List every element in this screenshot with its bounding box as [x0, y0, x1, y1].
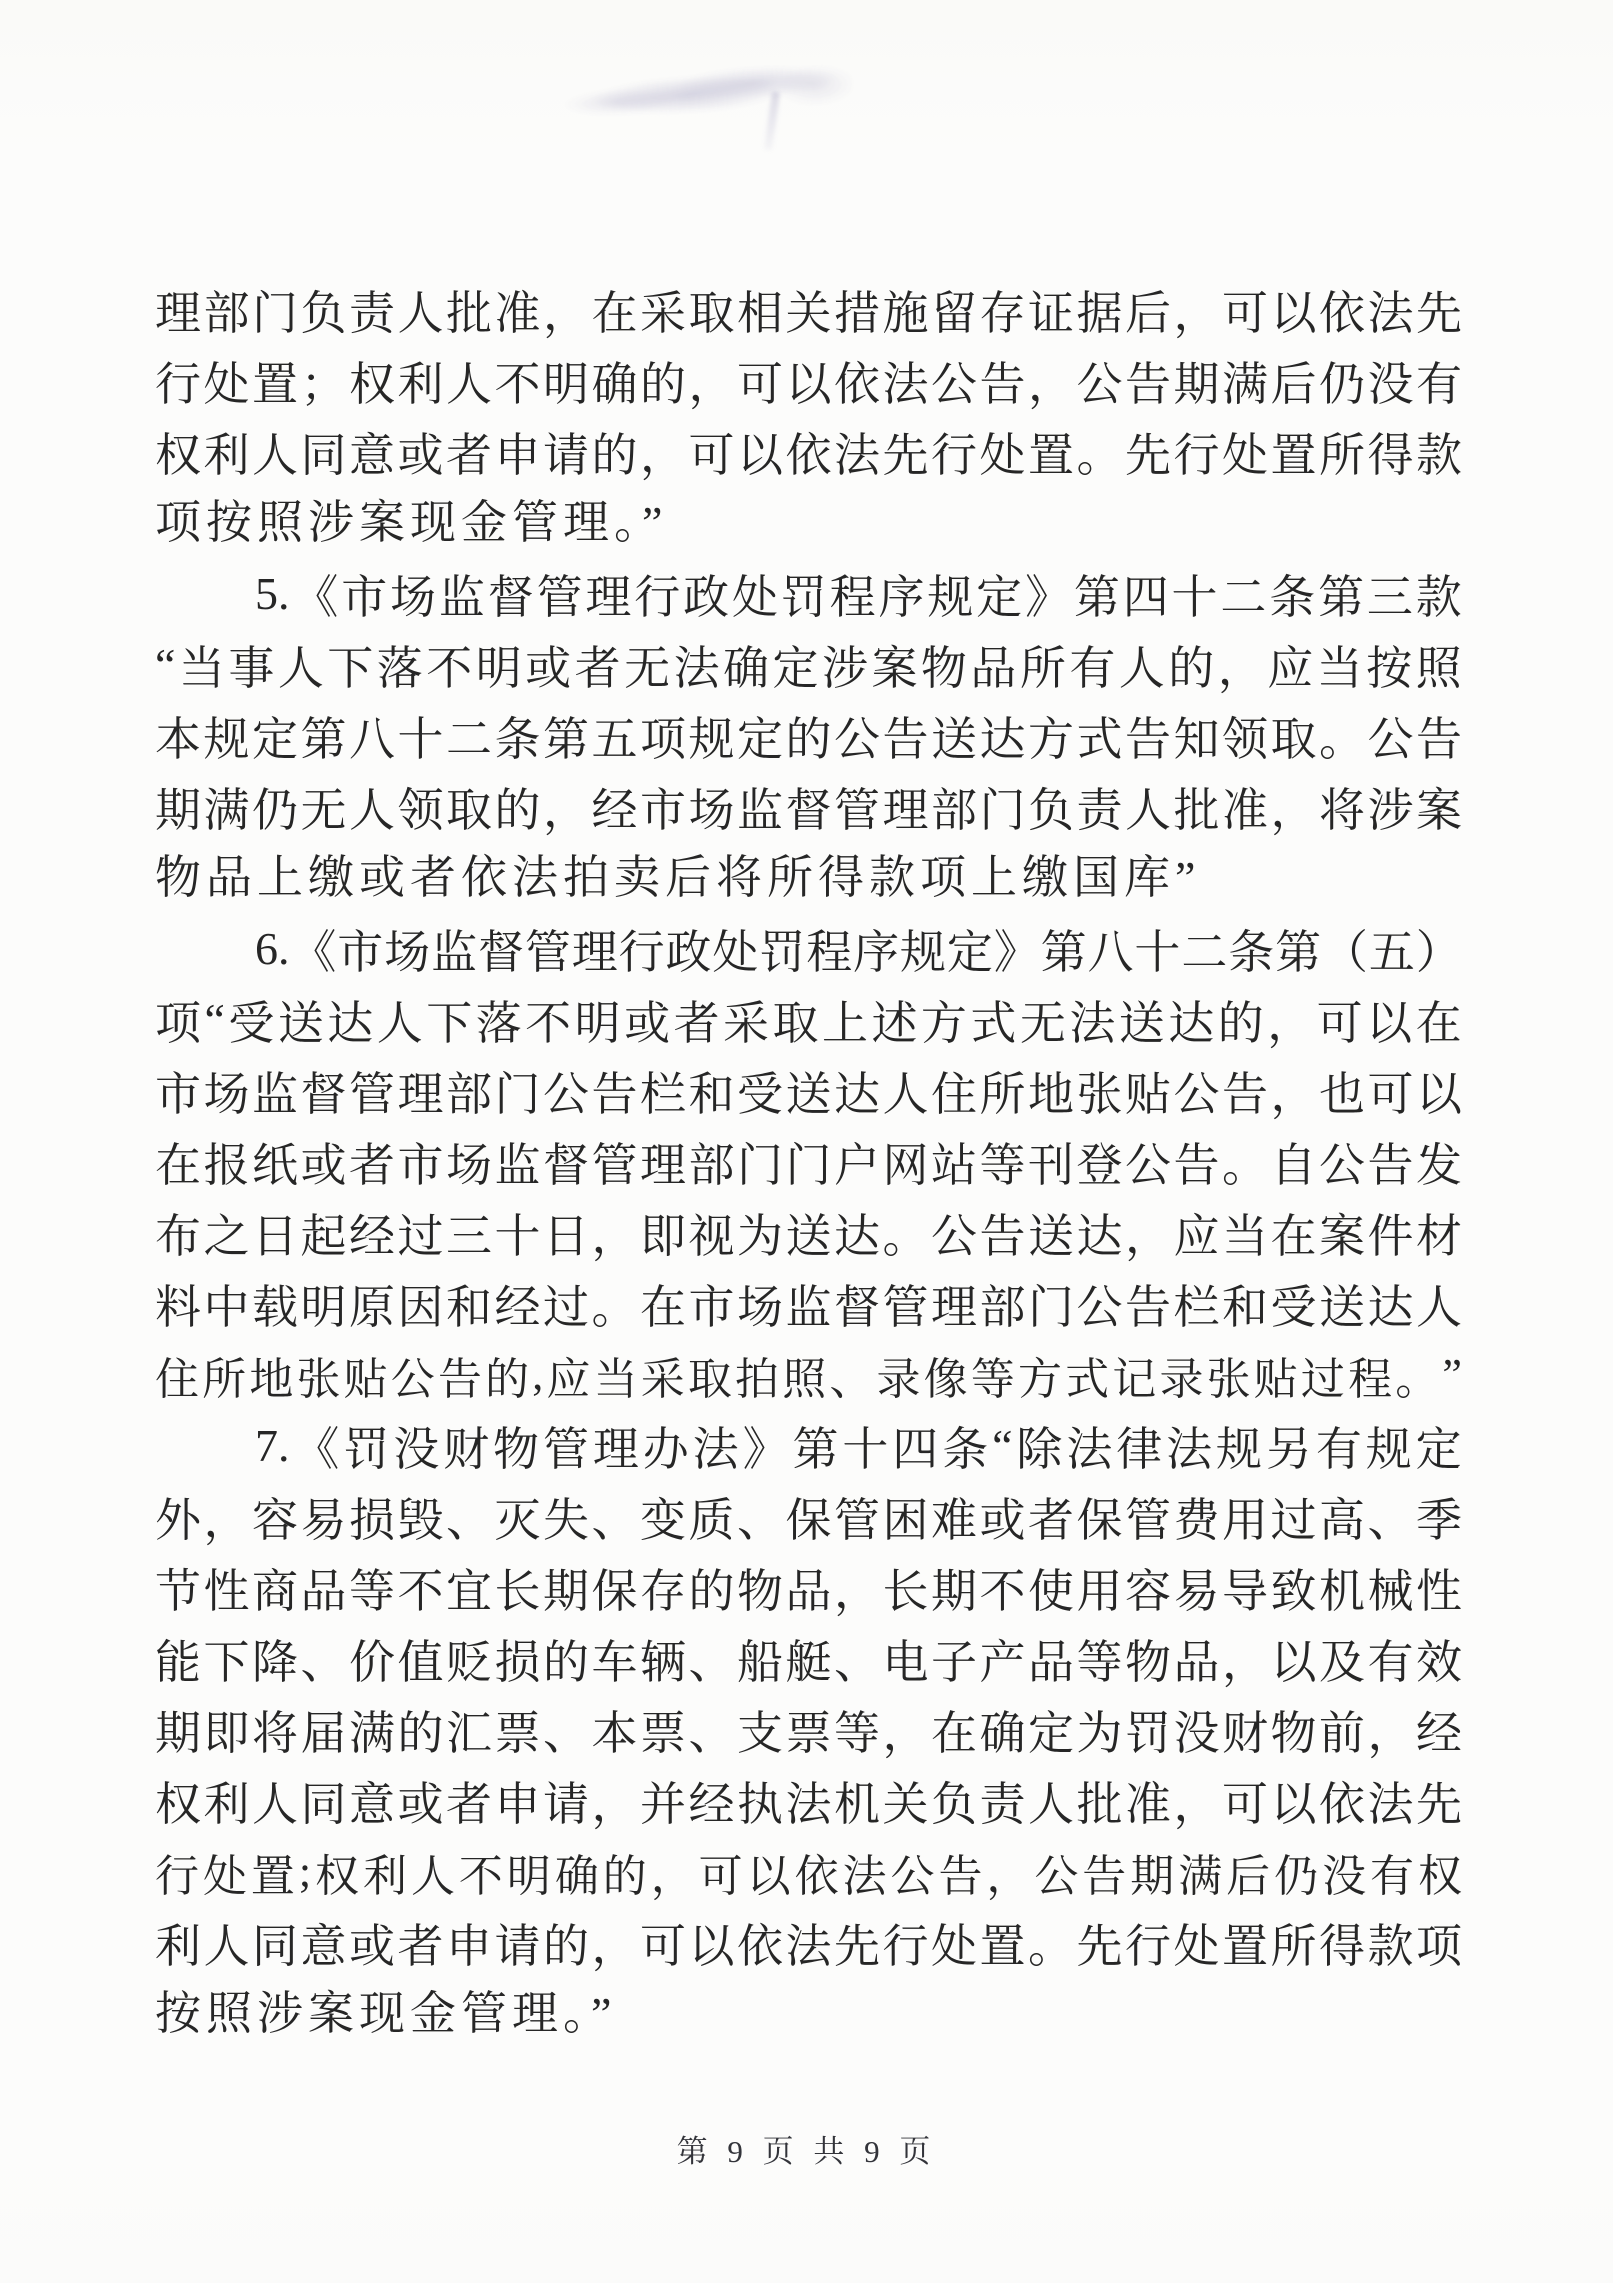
text-line: 本规定第八十二条第五项规定的公告送达方式告知领取。公告 — [155, 700, 1462, 771]
text-line: 权利人同意或者申请，并经执法机关负责人批准，可以依法先 — [155, 1765, 1462, 1836]
text-line: 料中载明原因和经过。在市场监督管理部门公告栏和受送达人 — [155, 1268, 1462, 1339]
scan-smudge-tail-artifact — [764, 92, 780, 151]
text-line: 市场监督管理部门公告栏和受送达人住所地张贴公告，也可以 — [155, 1055, 1462, 1126]
text-line: 节性商品等不宜长期保存的物品，长期不使用容易导致机械性 — [155, 1552, 1462, 1623]
text-line: 外，容易损毁、灭失、变质、保管困难或者保管费用过高、季 — [155, 1481, 1462, 1552]
text-line: 行处置;权利人不明确的，可以依法公告，公告期满后仍没有权 — [155, 1836, 1462, 1907]
text-line: 利人同意或者申请的，可以依法先行处置。先行处置所得款项 — [155, 1907, 1462, 1978]
text-line: 住所地张贴公告的,应当采取拍照、录像等方式记录张贴过程。” — [155, 1339, 1462, 1410]
scan-smudge-artifact — [550, 34, 854, 140]
document-body: 理部门负责人批准，在采取相关措施留存证据后，可以依法先 行处置；权利人不明确的，… — [155, 274, 1462, 2049]
text-line-item-7: 7.《罚没财物管理办法》第十四条“除法律法规另有规定 — [155, 1410, 1462, 1481]
text-line: 权利人同意或者申请的，可以依法先行处置。先行处置所得款 — [155, 416, 1462, 487]
text-line: 期即将届满的汇票、本票、支票等，在确定为罚没财物前，经 — [155, 1694, 1462, 1765]
text-line: 期满仍无人领取的，经市场监督管理部门负责人批准，将涉案 — [155, 771, 1462, 842]
text-line: “当事人下落不明或者无法确定涉案物品所有人的，应当按照 — [155, 629, 1462, 700]
scanned-document-page: { "doc": { "lines": [ "理部门负责人批准，在采取相关措施留… — [0, 0, 1613, 2283]
text-line: 能下降、价值贬损的车辆、船艇、电子产品等物品，以及有效 — [155, 1623, 1462, 1694]
text-line: 项按照涉案现金管理。” — [155, 487, 1462, 558]
text-line-item-5: 5.《市场监督管理行政处罚程序规定》第四十二条第三款 — [155, 558, 1462, 629]
text-line: 项“受送达人下落不明或者采取上述方式无法送达的，可以在 — [155, 984, 1462, 1055]
text-line: 在报纸或者市场监督管理部门门户网站等刊登公告。自公告发 — [155, 1126, 1462, 1197]
text-line-item-6: 6.《市场监督管理行政处罚程序规定》第八十二条第（五） — [155, 913, 1462, 984]
text-line: 物品上缴或者依法拍卖后将所得款项上缴国库” — [155, 842, 1462, 913]
text-line: 行处置；权利人不明确的，可以依法公告，公告期满后仍没有 — [155, 345, 1462, 416]
text-line: 布之日起经过三十日，即视为送达。公告送达，应当在案件材 — [155, 1197, 1462, 1268]
text-line: 按照涉案现金管理。” — [155, 1978, 1462, 2049]
text-line: 理部门负责人批准，在采取相关措施留存证据后，可以依法先 — [155, 274, 1462, 345]
page-number: 第 9 页 共 9 页 — [0, 2126, 1613, 2171]
